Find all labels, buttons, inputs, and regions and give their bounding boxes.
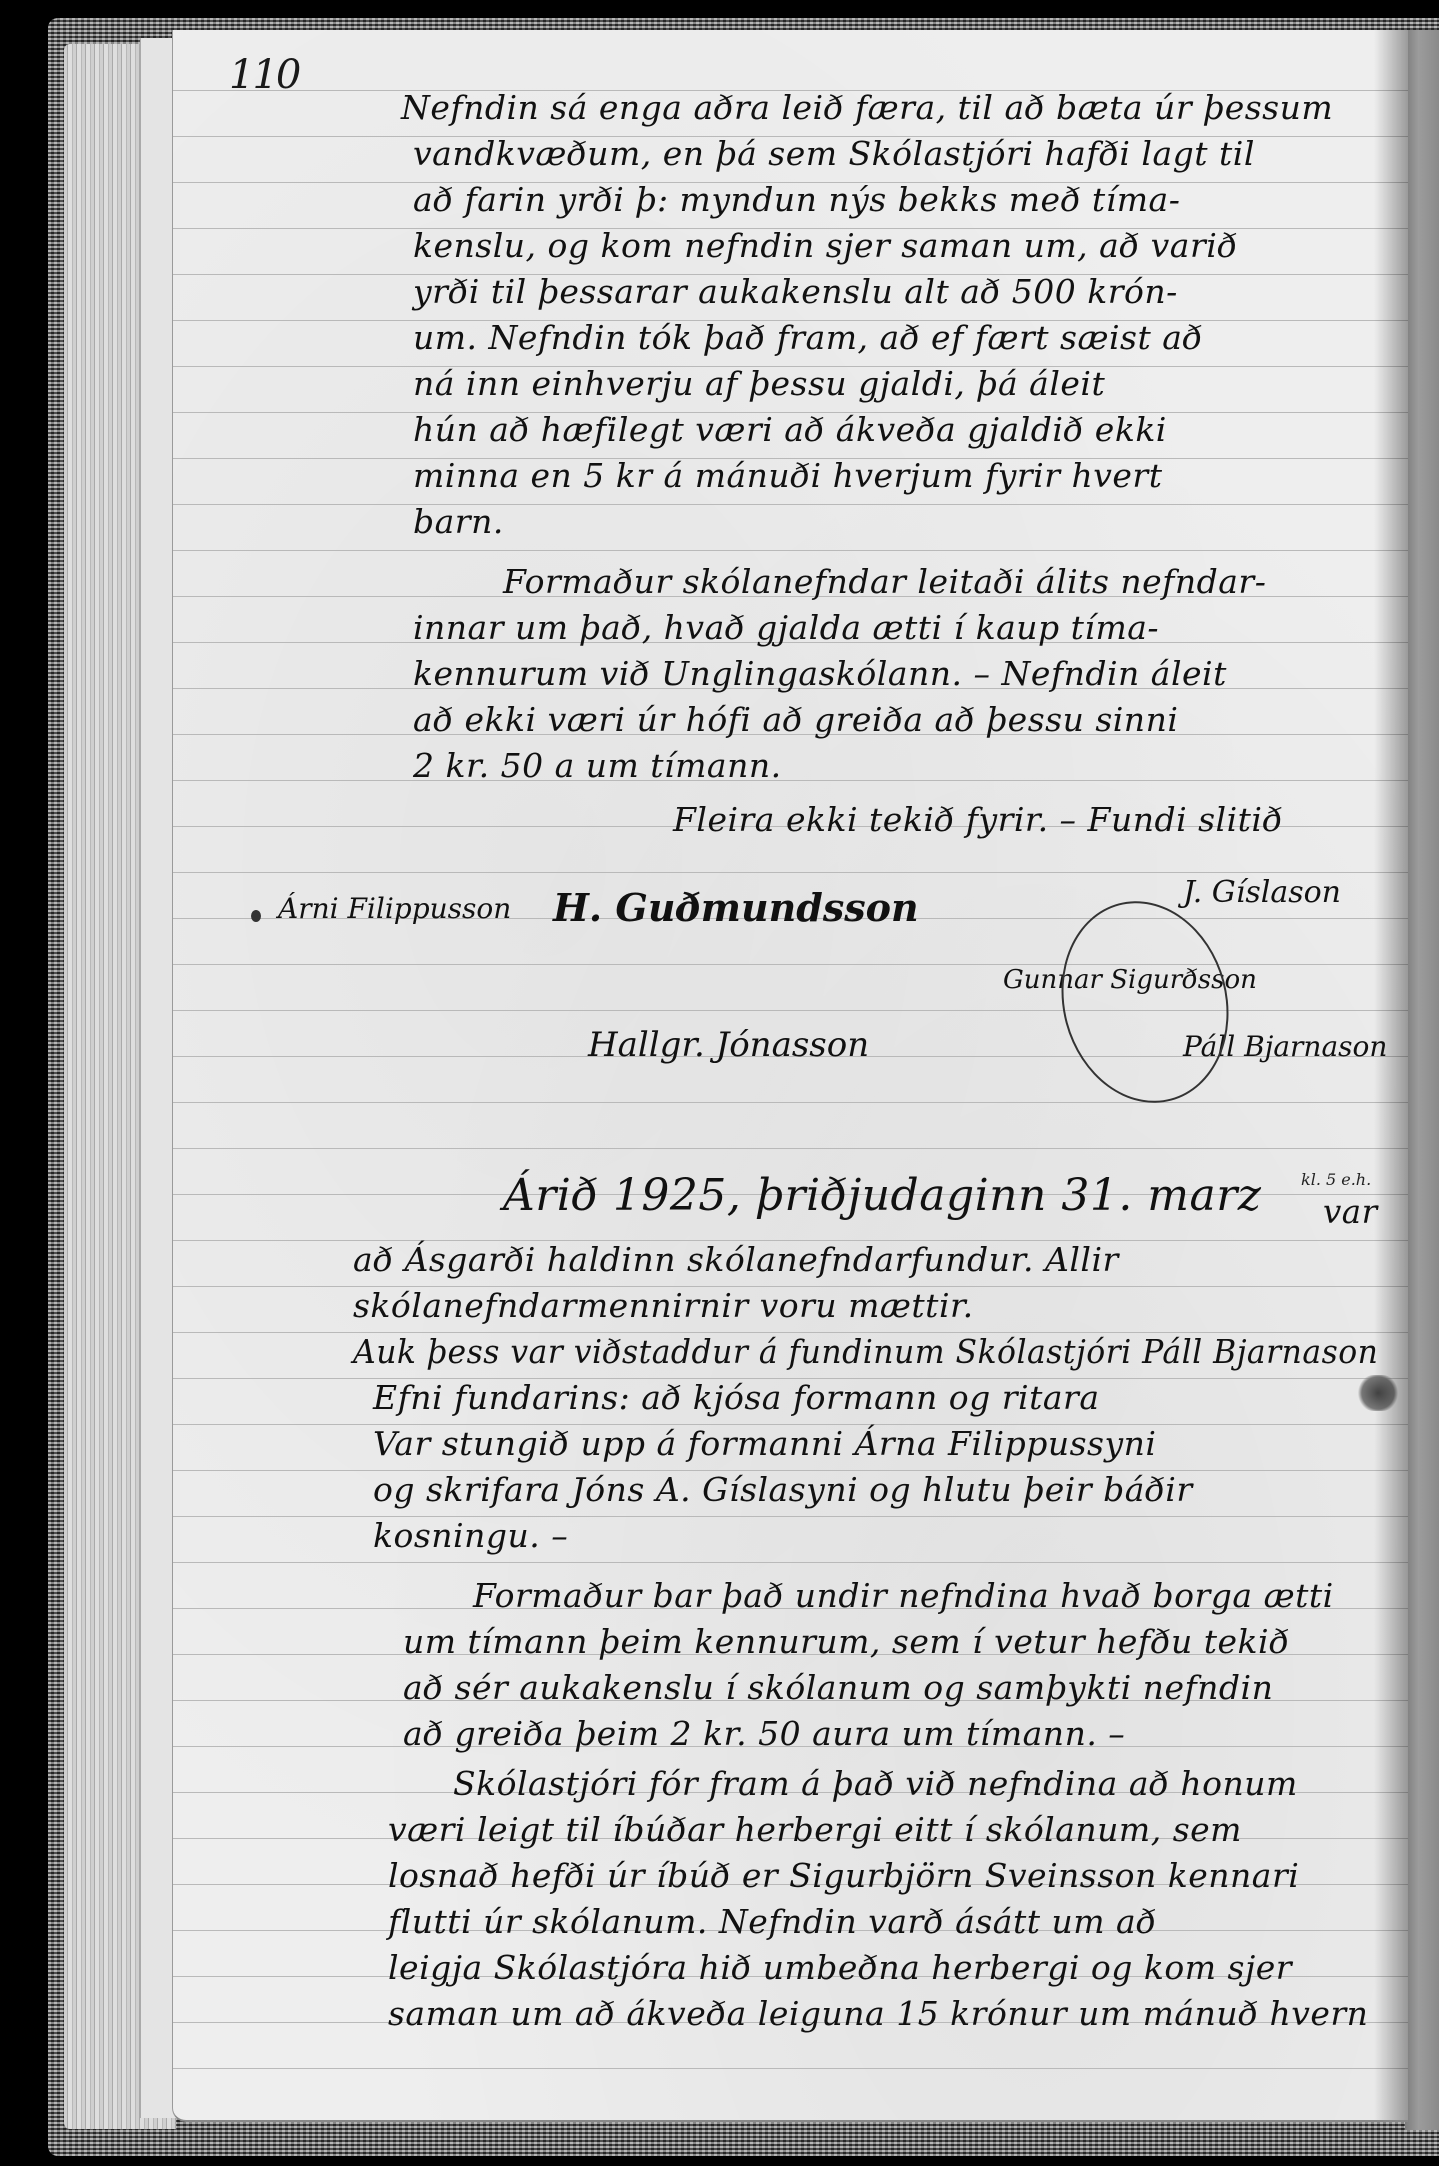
text-line: barn.: [413, 502, 504, 541]
text-line: leigja Skólastjóra hið umbeðna herbergi …: [388, 1948, 1292, 1987]
text-line: og skrifara Jóns A. Gíslasyni og hlutu þ…: [373, 1470, 1193, 1509]
text-line: hún að hæfilegt væri að ákveða gjaldið e…: [413, 410, 1167, 449]
text-line: væri leigt til íbúðar herbergi eitt í sk…: [388, 1810, 1242, 1849]
meeting-heading-tail: var: [1323, 1192, 1378, 1231]
ruled-line: [173, 504, 1408, 505]
signature-arni-filippusson: Árni Filippusson: [278, 892, 511, 925]
ruled-line: [173, 1562, 1408, 1563]
text-line: kennurum við Unglingaskólann. – Nefndin …: [413, 654, 1227, 693]
text-line: Nefndin sá enga aðra leið færa, til að b…: [401, 88, 1333, 127]
meeting-heading: Árið 1925, þriðjudaginn 31. marz: [503, 1170, 1261, 1221]
manuscript-page: 110 Nefndin sá enga aðra leið færa, til …: [172, 30, 1408, 2122]
text-line: um tímann þeim kennurum, sem í vetur hef…: [403, 1622, 1289, 1661]
text-line: Formaður skólanefndar leitaði álits nefn…: [503, 562, 1266, 601]
ruled-line: [173, 550, 1408, 551]
text-line: flutti úr skólanum. Nefndin varð ásátt u…: [388, 1902, 1157, 1941]
text-line: skólanefndarmennirnir voru mættir.: [353, 1286, 974, 1325]
ink-dot: [251, 910, 261, 922]
text-line: 2 kr. 50 a um tímann.: [413, 746, 782, 785]
text-line: að greiða þeim 2 kr. 50 aura um tímann. …: [403, 1714, 1125, 1753]
text-line: Formaður bar það undir nefndina hvað bor…: [473, 1576, 1334, 1615]
text-line: að farin yrði þ: myndun nýs bekks með tí…: [413, 180, 1180, 219]
signature-h-gudmundsson: H. Guðmundsson: [553, 885, 919, 930]
text-line: Auk þess var viðstaddur á fundinum Skóla…: [353, 1332, 1378, 1371]
text-line: að sér aukakenslu í skólanum og samþykti…: [403, 1668, 1273, 1707]
text-line: vandkvæðum, en þá sem Skólastjóri hafði …: [413, 134, 1255, 173]
ruled-line: [173, 1148, 1408, 1149]
text-line: Var stungið upp á formanni Árna Filippus…: [373, 1424, 1156, 1463]
meeting-time-note: kl. 5 e.h.: [1301, 1170, 1371, 1189]
signature-j-gislason: J. Gíslason: [1183, 875, 1341, 910]
text-line: að Ásgarði haldinn skólanefndarfundur. A…: [353, 1240, 1119, 1279]
ruled-line: [173, 780, 1408, 781]
ruled-line: [173, 1516, 1408, 1517]
signature-hallgr-jonasson: Hallgr. Jónasson: [588, 1025, 869, 1065]
text-line: um. Nefndin tók það fram, að ef fært sæi…: [413, 318, 1203, 357]
text-line: losnað hefði úr íbúð er Sigurbjörn Svein…: [388, 1856, 1299, 1895]
text-line: kosningu. –: [373, 1516, 568, 1555]
page-number: 110: [229, 52, 299, 98]
text-line: yrði til þessarar aukakenslu alt að 500 …: [413, 272, 1178, 311]
ruled-line: [173, 2068, 1408, 2069]
ruled-line: [173, 872, 1408, 873]
text-line: kenslu, og kom nefndin sjer saman um, að…: [413, 226, 1238, 265]
text-line: að ekki væri úr hófi að greiða að þessu …: [413, 700, 1178, 739]
text-line: innar um það, hvað gjalda ætti í kaup tí…: [413, 608, 1159, 647]
ink-blot: [1358, 1375, 1398, 1411]
ruled-line: [173, 1102, 1408, 1103]
text-line: minna en 5 kr á mánuði hverjum fyrir hve…: [413, 456, 1162, 495]
closing-line: Fleira ekki tekið fyrir. – Fundi slitið: [673, 800, 1283, 839]
text-line: Skólastjóri fór fram á það við nefndina …: [453, 1764, 1298, 1803]
text-line: ná inn einhverju af þessu gjaldi, þá ále…: [413, 364, 1105, 403]
book-gutter: [1405, 30, 1439, 2130]
text-line: saman um að ákveða leiguna 15 krónur um …: [388, 1994, 1368, 2033]
text-line: Efni fundarins: að kjósa formann og rita…: [373, 1378, 1100, 1417]
